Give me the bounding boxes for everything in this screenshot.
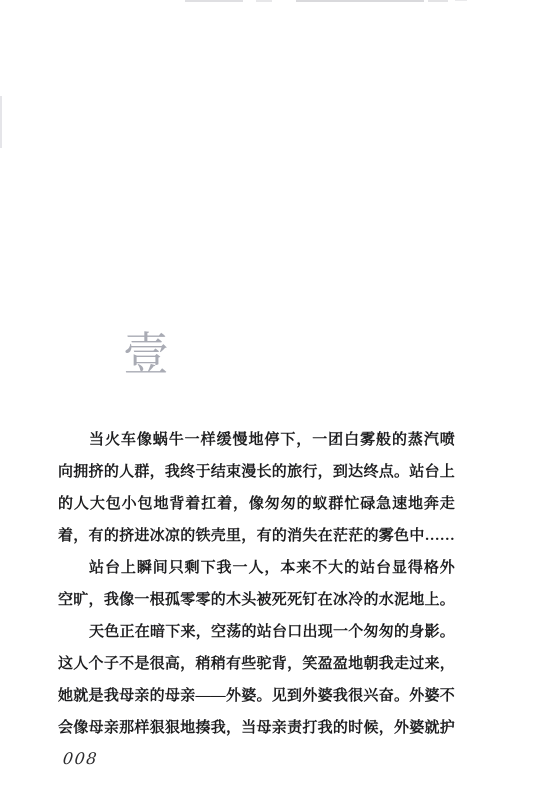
chapter-number-mark: 壹	[123, 330, 169, 378]
body-text: 当火车像蜗牛一样缓慢地停下，一团白雾般的蒸汽喷向拥挤的人群，我终于结束漫长的旅行…	[58, 424, 455, 744]
text-line: 空旷，我像一根孤零零的木头被死死钉在冰冷的水泥地上。	[58, 584, 455, 616]
text-line: 她就是我母亲的母亲——外婆。见到外婆我很兴奋。外婆不	[58, 680, 455, 712]
book-page: 壹 当火车像蜗牛一样缓慢地停下，一团白雾般的蒸汽喷向拥挤的人群，我终于结束漫长的…	[0, 0, 555, 800]
scan-artifact-left-edge	[0, 96, 2, 148]
scan-artifact-top-edge	[256, 0, 272, 2]
scan-artifact-top-edge	[428, 0, 448, 2]
text-line: 天色正在暗下来，空荡的站台口出现一个匆匆的身影。	[58, 616, 455, 648]
text-line: 站台上瞬间只剩下我一人，本来不大的站台显得格外	[58, 552, 455, 584]
scan-artifact-top-edge	[296, 0, 424, 2]
page-number: 008	[62, 749, 99, 768]
text-line: 向拥挤的人群，我终于结束漫长的旅行，到达终点。站台上	[58, 456, 455, 488]
text-line: 着，有的挤进冰凉的铁壳里，有的消失在茫茫的雾色中……	[58, 520, 455, 552]
scan-artifact-top-edge	[455, 0, 467, 1]
text-line: 当火车像蜗牛一样缓慢地停下，一团白雾般的蒸汽喷	[58, 424, 455, 456]
text-line: 会像母亲那样狠狠地揍我，当母亲责打我的时候，外婆就护	[58, 712, 455, 744]
scan-artifact-top-edge	[185, 0, 243, 2]
text-line: 这人个子不是很高，稍稍有些驼背，笑盈盈地朝我走过来，	[58, 648, 455, 680]
text-line: 的人大包小包地背着扛着，像匆匆的蚁群忙碌急速地奔走	[58, 488, 455, 520]
